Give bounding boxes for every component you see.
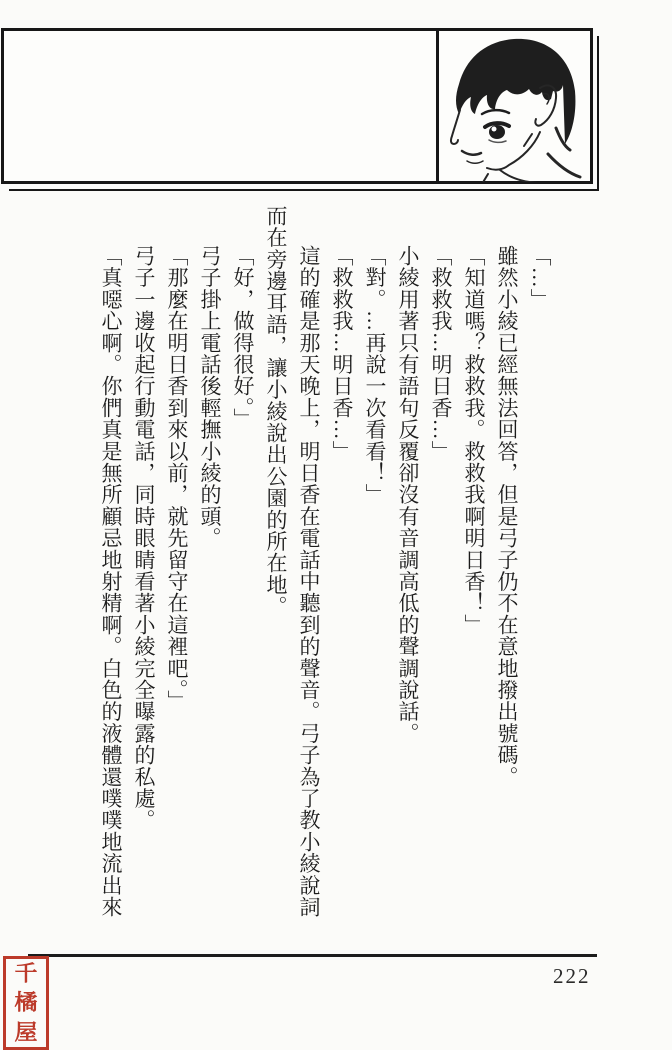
face-illustration	[440, 32, 590, 182]
page-number: 222	[553, 964, 591, 989]
portrait-box	[440, 32, 590, 182]
footer-rule	[28, 954, 597, 957]
text-column: 「好，做得很好。」	[226, 205, 259, 950]
text-column: 「那麼在明日香到來以前，就先留守在這裡吧。」	[160, 205, 193, 950]
text-column: 雖然小綾已經無法回答，但是弓子仍不在意地撥出號碼。	[490, 205, 523, 950]
text-column: 「真噁心啊。你們真是無所顧忌地射精啊。白色的液體還噗噗地流出來	[94, 205, 127, 950]
text-column: 而在旁邊耳語，讓小綾說出公園的所在地。	[259, 205, 292, 950]
book-page: 「…」雖然小綾已經無法回答，但是弓子仍不在意地撥出號碼。「知道嗎？救救我。救救我…	[0, 0, 672, 1050]
text-column: 「對。…再說一次看看！」	[358, 205, 391, 950]
seal-character: 千	[15, 963, 38, 985]
seal-character: 橘	[15, 992, 38, 1014]
seal-character: 屋	[15, 1021, 38, 1043]
panel-shadow-right	[597, 36, 599, 191]
text-column: 「救救我…明日香…」	[325, 205, 358, 950]
story-text: 「…」雖然小綾已經無法回答，但是弓子仍不在意地撥出號碼。「知道嗎？救救我。救救我…	[94, 205, 556, 950]
panel-divider	[436, 31, 439, 181]
text-column: 「知道嗎？救救我。救救我啊明日香！」	[457, 205, 490, 950]
panel-shadow-bottom	[9, 189, 598, 191]
text-column: 弓子掛上電話後輕撫小綾的頭。	[193, 205, 226, 950]
publisher-seal: 千橘屋	[3, 956, 49, 1050]
text-column: 弓子一邊收起行動電話，同時眼睛看著小綾完全曝露的私處。	[127, 205, 160, 950]
text-column: 小綾用著只有語句反覆卻沒有音調高低的聲調說話。	[391, 205, 424, 950]
text-column: 這的確是那天晚上，明日香在電話中聽到的聲音。弓子為了教小綾說詞	[292, 205, 325, 950]
text-column: 「救救我…明日香…」	[424, 205, 457, 950]
text-column: 「…」	[523, 205, 556, 950]
